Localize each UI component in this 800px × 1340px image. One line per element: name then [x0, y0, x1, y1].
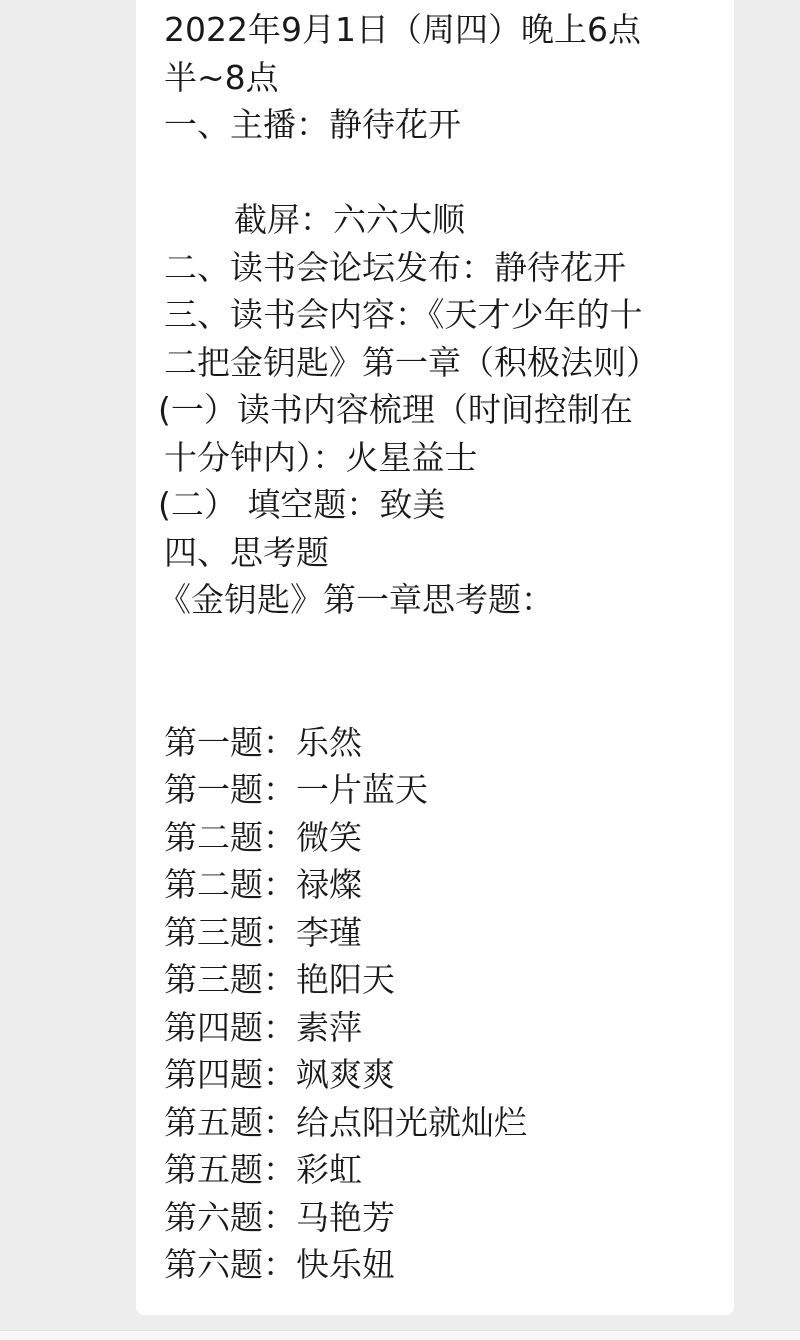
message-line-time: 半~8点: [164, 54, 708, 102]
message-line-blank: [164, 149, 708, 197]
message-line-summary-1: (一）读书内容梳理（时间控制在: [158, 386, 708, 434]
message-line-date: 2022年9月1日（周四）晚上6点: [164, 6, 708, 54]
message-line-chapter-questions: 《金钥匙》第一章思考题：: [158, 576, 708, 624]
message-line-host: 一、主播：静待花开: [164, 101, 708, 149]
message-line-questions-heading: 四、思考题: [164, 529, 708, 577]
question-assignment: 第六题：快乐妞: [164, 1241, 708, 1289]
question-assignment: 第六题：马艳芳: [164, 1194, 708, 1242]
question-assignment: 第一题：乐然: [164, 719, 708, 767]
message-line-blank: [164, 624, 708, 672]
message-bubble[interactable]: 2022年9月1日（周四）晚上6点 半~8点 一、主播：静待花开 截屏：六六大顺…: [136, 0, 734, 1315]
message-line-fill-blank: (二） 填空题：致美: [158, 481, 708, 529]
message-line-content-2: 二把金钥匙》第一章（积极法则）: [164, 339, 708, 387]
question-assignment: 第四题：飒爽爽: [164, 1051, 708, 1099]
question-assignment: 第四题：素萍: [164, 1004, 708, 1052]
question-assignment: 第五题：给点阳光就灿烂: [164, 1099, 708, 1147]
question-assignment: 第二题：禄燦: [164, 861, 708, 909]
message-line-content-1: 三、读书会内容：《天才少年的十: [164, 291, 708, 339]
bottom-bar: [0, 1330, 800, 1340]
message-line-forum-post: 二、读书会论坛发布：静待花开: [164, 244, 708, 292]
message-line-summary-2: 十分钟内）：火星益士: [164, 434, 708, 482]
message-line-screenshot: 截屏：六六大顺: [164, 196, 708, 244]
chat-area: 2022年9月1日（周四）晚上6点 半~8点 一、主播：静待花开 截屏：六六大顺…: [0, 0, 800, 1330]
message-line-blank: [164, 671, 708, 719]
question-assignment: 第一题：一片蓝天: [164, 766, 708, 814]
question-assignment: 第三题：艳阳天: [164, 956, 708, 1004]
question-assignment: 第五题：彩虹: [164, 1146, 708, 1194]
question-assignment: 第二题：微笑: [164, 814, 708, 862]
question-assignment: 第三题：李瑾: [164, 909, 708, 957]
